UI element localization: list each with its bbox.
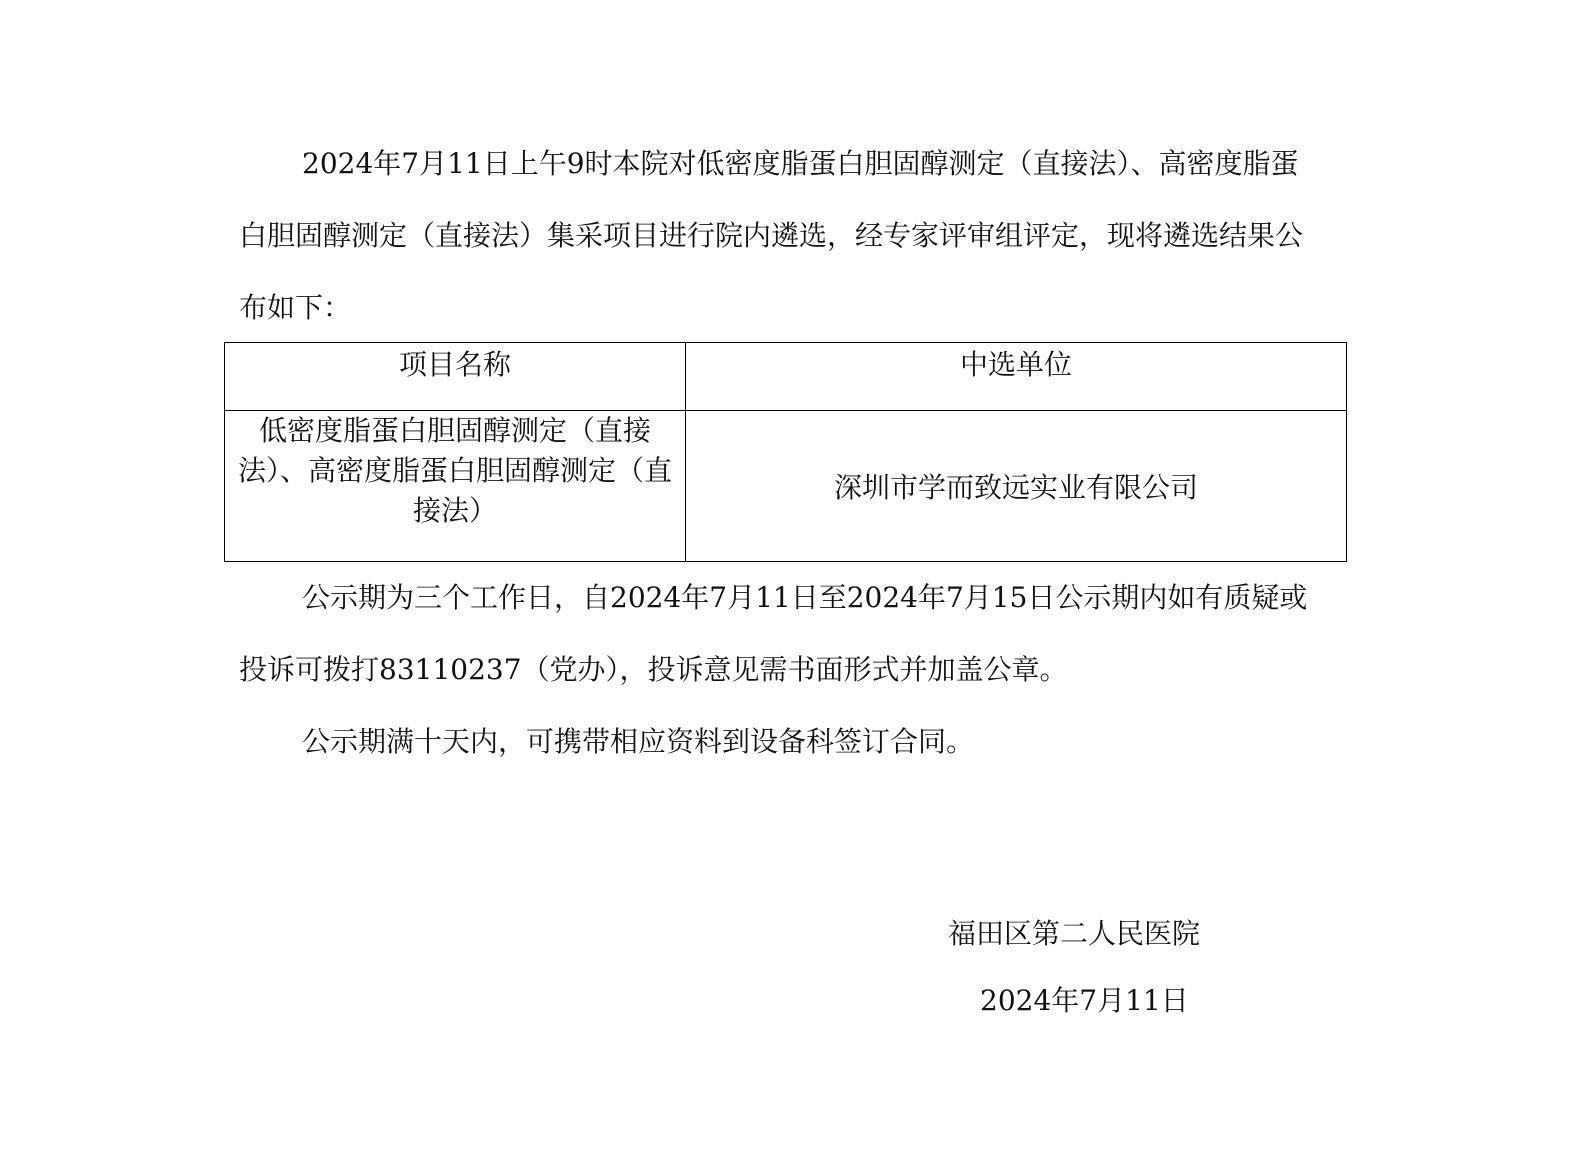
notice-period-paragraph: 公示期为三个工作日，自2024年7月11日至2024年7月15日公示期内如有质疑… bbox=[239, 562, 1319, 706]
cell-winner: 深圳市学而致远实业有限公司 bbox=[686, 411, 1347, 562]
header-winner: 中选单位 bbox=[686, 343, 1347, 411]
table-row: 低密度脂蛋白胆固醇测定（直接法）、高密度脂蛋白胆固醇测定（直接法） 深圳市学而致… bbox=[225, 411, 1347, 562]
result-table: 项目名称 中选单位 低密度脂蛋白胆固醇测定（直接法）、高密度脂蛋白胆固醇测定（直… bbox=[224, 342, 1347, 562]
cell-project-name: 低密度脂蛋白胆固醇测定（直接法）、高密度脂蛋白胆固醇测定（直接法） bbox=[225, 411, 686, 562]
table-header-row: 项目名称 中选单位 bbox=[225, 343, 1347, 411]
signature-date: 2024年7月11日 bbox=[980, 979, 1189, 1019]
contract-note-paragraph: 公示期满十天内，可携带相应资料到设备科签订合同。 bbox=[239, 706, 1319, 778]
signature-organization: 福田区第二人民医院 bbox=[948, 912, 1200, 952]
intro-paragraph: 2024年7月11日上午9时本院对低密度脂蛋白胆固醇测定（直接法）、高密度脂蛋白… bbox=[239, 128, 1319, 344]
header-project-name: 项目名称 bbox=[225, 343, 686, 411]
